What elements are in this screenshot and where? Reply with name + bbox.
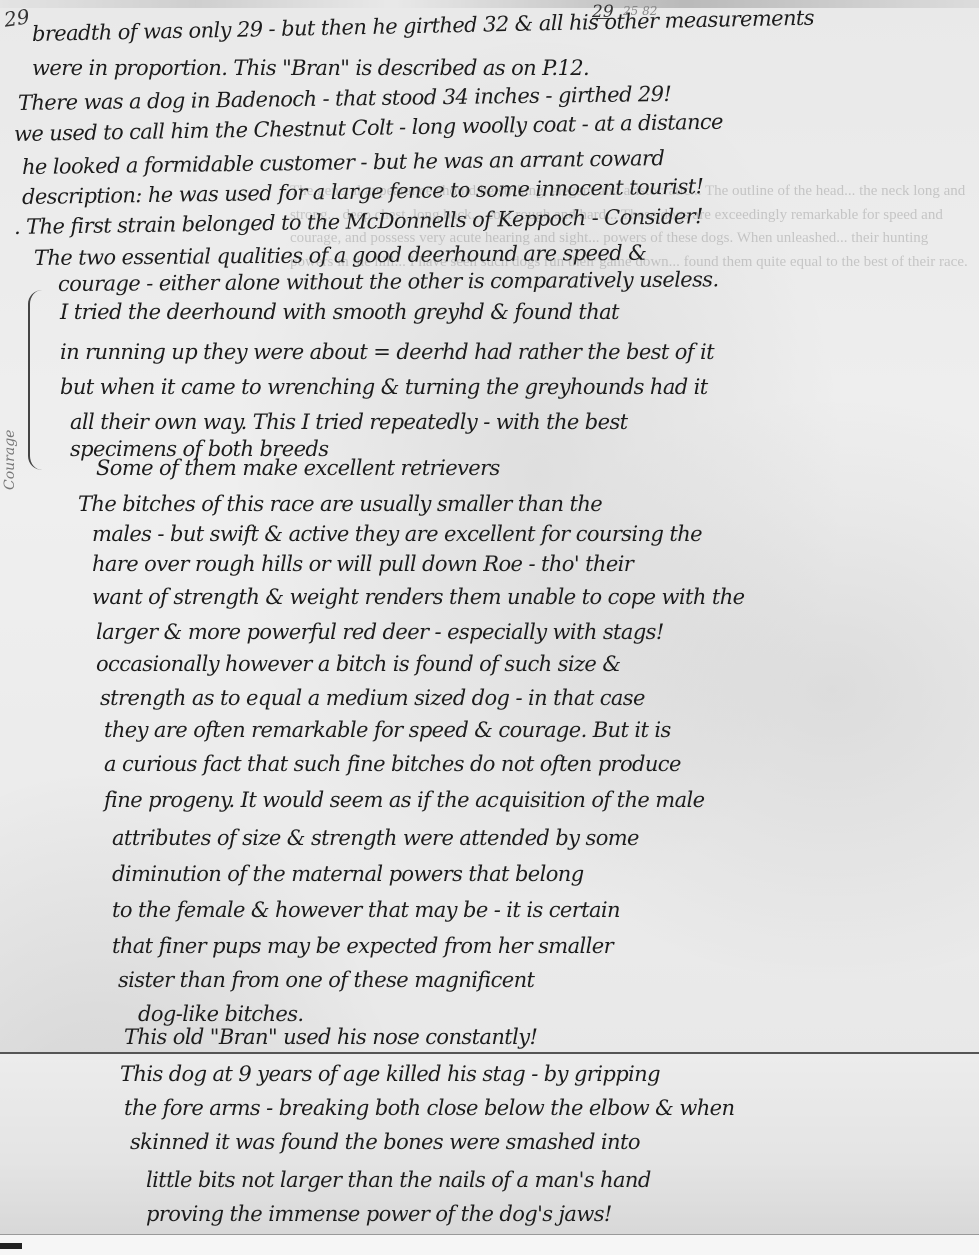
text-line: courage - either alone without the other…	[58, 267, 719, 296]
text-line: all their own way. This I tried repeated…	[70, 410, 627, 434]
text-line: little bits not larger than the nails of…	[146, 1168, 651, 1192]
text-line: larger & more powerful red deer - especi…	[96, 620, 664, 644]
text-line: dog-like bitches.	[138, 1002, 303, 1026]
text-line: he looked a formidable customer - but he…	[22, 146, 665, 179]
text-line: in running up they were about = deerhd h…	[60, 340, 714, 364]
text-line: we used to call him the Chestnut Colt - …	[14, 110, 723, 146]
text-line: fine progeny. It would seem as if the ac…	[104, 788, 704, 812]
text-line: occasionally however a bitch is found of…	[96, 652, 620, 676]
pasted-slip: This dog at 9 years of age killed his st…	[0, 1054, 979, 1234]
margin-bracket	[28, 290, 44, 470]
text-line: but when it came to wrenching & turning …	[60, 375, 708, 399]
text-line: This dog at 9 years of age killed his st…	[120, 1062, 660, 1086]
text-line: to the female & however that may be - it…	[112, 898, 620, 922]
margin-note: Courage	[2, 290, 22, 490]
corner-page-mark: 29	[2, 4, 31, 31]
text-line: There was a dog in Badenoch - that stood…	[18, 82, 672, 115]
text-line: sister than from one of these magnificen…	[118, 968, 534, 992]
text-line: that finer pups may be expected from her…	[112, 934, 613, 958]
text-line: males - but swift & active they are exce…	[92, 522, 702, 546]
text-line: they are often remarkable for speed & co…	[104, 718, 671, 742]
text-line: were in proportion. This "Bran" is descr…	[32, 56, 589, 80]
text-line: This old "Bran" used his nose constantly…	[124, 1025, 537, 1049]
text-line: skinned it was found the bones were smas…	[130, 1130, 640, 1154]
text-line: attributes of size & strength were atten…	[112, 826, 639, 850]
text-line: want of strength & weight renders them u…	[92, 585, 744, 609]
text-line: hare over rough hills or will pull down …	[92, 552, 633, 576]
manuscript-page: The general appearance should be strikin…	[0, 0, 979, 1255]
text-line: Some of them make excellent retrievers	[96, 456, 500, 480]
text-line: I tried the deerhound with smooth greyhd…	[60, 300, 619, 324]
text-line: breadth of was only 29 - but then he gir…	[32, 6, 814, 46]
text-line: the fore arms - breaking both close belo…	[124, 1096, 734, 1120]
paper-bottom-edge	[0, 1234, 979, 1255]
text-line: strength as to equal a medium sized dog …	[100, 686, 645, 710]
text-line: proving the immense power of the dog's j…	[146, 1202, 612, 1226]
paper-top-edge	[0, 0, 979, 8]
scan-edge-mark	[0, 1243, 22, 1249]
text-line: a curious fact that such fine bitches do…	[104, 752, 681, 776]
text-line: diminution of the maternal powers that b…	[112, 862, 584, 886]
text-line: The bitches of this race are usually sma…	[78, 492, 602, 516]
